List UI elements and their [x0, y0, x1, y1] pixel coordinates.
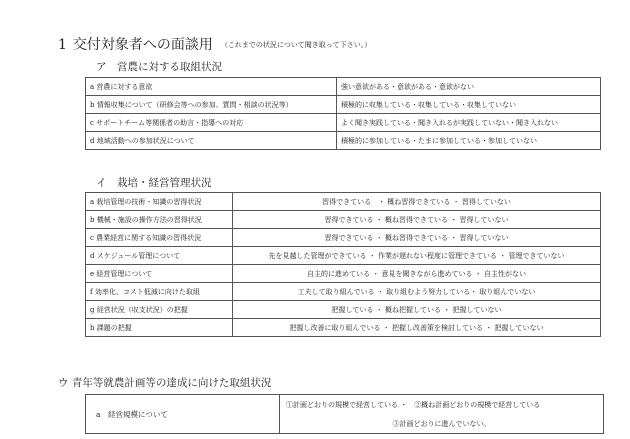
table-row: a 栽培管理の技術・知識の習得状況習得できている ・ 概ね習得できている ・ 習… — [86, 193, 601, 211]
options-cell: 習得できている ・ 概ね習得できている ・ 習得していない — [233, 211, 601, 229]
table-row: f 効率化、コスト低減に向けた取組工夫して取り組んでいる ・ 取り組むよう努力し… — [86, 283, 601, 301]
section-i-heading: イ 栽培・経営管理状況 — [96, 175, 212, 190]
options-cell: 把握している ・ 概ね把握している ・ 把握していない — [233, 301, 601, 319]
options-cell: 積極的に収集している・収集している・収集していない — [337, 96, 601, 114]
options-line-2: ③計画どおりに進んでいない。 — [280, 414, 604, 434]
section-1-title: 1交付対象者への面談用（これまでの状況について聞き取って下さい。） — [58, 34, 371, 54]
cultivation-management-table: a 栽培管理の技術・知識の習得状況習得できている ・ 概ね習得できている ・ 習… — [85, 192, 601, 337]
item-cell: c サポートチーム等関係者の助言・指導への対応 — [86, 114, 337, 132]
options-cell: 自主的に進めている ・ 意見を聞きながら進めている ・ 自主性がない — [233, 265, 601, 283]
table-row: b 情報収集について（研修会等への参加、質問・相談の状況等）積極的に収集している… — [86, 96, 601, 114]
item-cell: a 栽培管理の技術・知識の習得状況 — [86, 193, 233, 211]
item-cell: d スケジュール管理について — [86, 247, 233, 265]
item-cell: d 地域活動への参加状況について — [86, 132, 337, 150]
table-row: b 機械・施設の操作方法の習得状況習得できている ・ 概ね習得できている ・ 習… — [86, 211, 601, 229]
options-cell: よく聞き実践している・聞き入れるが実践していない・聞き入れない — [337, 114, 601, 132]
table-row: a 営農に対する意欲強い意欲がある・意欲がある・意欲がない — [86, 78, 601, 96]
table-row: g 経営状況（収支状況）の把握把握している ・ 概ね把握している ・ 把握してい… — [86, 301, 601, 319]
table-row: e 経営管理について自主的に進めている ・ 意見を聞きながら進めている ・ 自主… — [86, 265, 601, 283]
section-number: 1 — [58, 37, 67, 53]
item-cell: h 課題の把握 — [86, 319, 233, 337]
item-cell: g 経営状況（収支状況）の把握 — [86, 301, 233, 319]
section-title-text: 交付対象者への面談用 — [73, 37, 213, 53]
options-line-1: ①計画どおりの規模で経営している ・ ②概ね計画どおりの規模で経営している — [280, 395, 604, 415]
item-cell: b 機械・施設の操作方法の習得状況 — [86, 211, 233, 229]
section-note: （これまでの状況について聞き取って下さい。） — [221, 41, 371, 49]
item-cell: c 農業経営に関する知識の習得状況 — [86, 229, 233, 247]
farming-attitude-table: a 営農に対する意欲強い意欲がある・意欲がある・意欲がない b 情報収集について… — [85, 77, 601, 150]
section-u-heading: ウ 青年等就農計画等の達成に向けた取組状況 — [58, 375, 271, 390]
options-cell: 先を見越した管理ができている ・ 作業が遅れない程度に管理できている ・ 管理で… — [233, 247, 601, 265]
table-row: c サポートチーム等関係者の助言・指導への対応よく聞き実践している・聞き入れるが… — [86, 114, 601, 132]
options-cell: 工夫して取り組んでいる ・ 取り組むよう努力している・ 取り組んでいない — [233, 283, 601, 301]
options-cell: 把握し改善に取り組んでいる ・ 把握し改善策を検討している ・ 把握していない — [233, 319, 601, 337]
options-cell: 習得できている ・ 概ね習得できている ・ 習得していない — [233, 229, 601, 247]
options-cell: 積極的に参加している・たまに参加している・参加していない — [337, 132, 601, 150]
section-a-heading: ア 営農に対する取組状況 — [96, 59, 222, 74]
table-row: d 地域活動への参加状況について積極的に参加している・たまに参加している・参加し… — [86, 132, 601, 150]
options-cell: 強い意欲がある・意欲がある・意欲がない — [337, 78, 601, 96]
table-row: c 農業経営に関する知識の習得状況習得できている ・ 概ね習得できている ・ 習… — [86, 229, 601, 247]
table-row: a 経営規模について ①計画どおりの規模で経営している ・ ②概ね計画どおりの規… — [86, 395, 604, 415]
item-cell: e 経営管理について — [86, 265, 233, 283]
item-cell: a 営農に対する意欲 — [86, 78, 337, 96]
table-row: d スケジュール管理について先を見越した管理ができている ・ 作業が遅れない程度… — [86, 247, 601, 265]
plan-achievement-table: a 経営規模について ①計画どおりの規模で経営している ・ ②概ね計画どおりの規… — [85, 394, 604, 434]
table-row: h 課題の把握把握し改善に取り組んでいる ・ 把握し改善策を検討している ・ 把… — [86, 319, 601, 337]
item-cell: f 効率化、コスト低減に向けた取組 — [86, 283, 233, 301]
item-cell: a 経営規模について — [86, 395, 280, 434]
item-cell: b 情報収集について（研修会等への参加、質問・相談の状況等） — [86, 96, 337, 114]
options-cell: 習得できている ・ 概ね習得できている ・ 習得していない — [233, 193, 601, 211]
